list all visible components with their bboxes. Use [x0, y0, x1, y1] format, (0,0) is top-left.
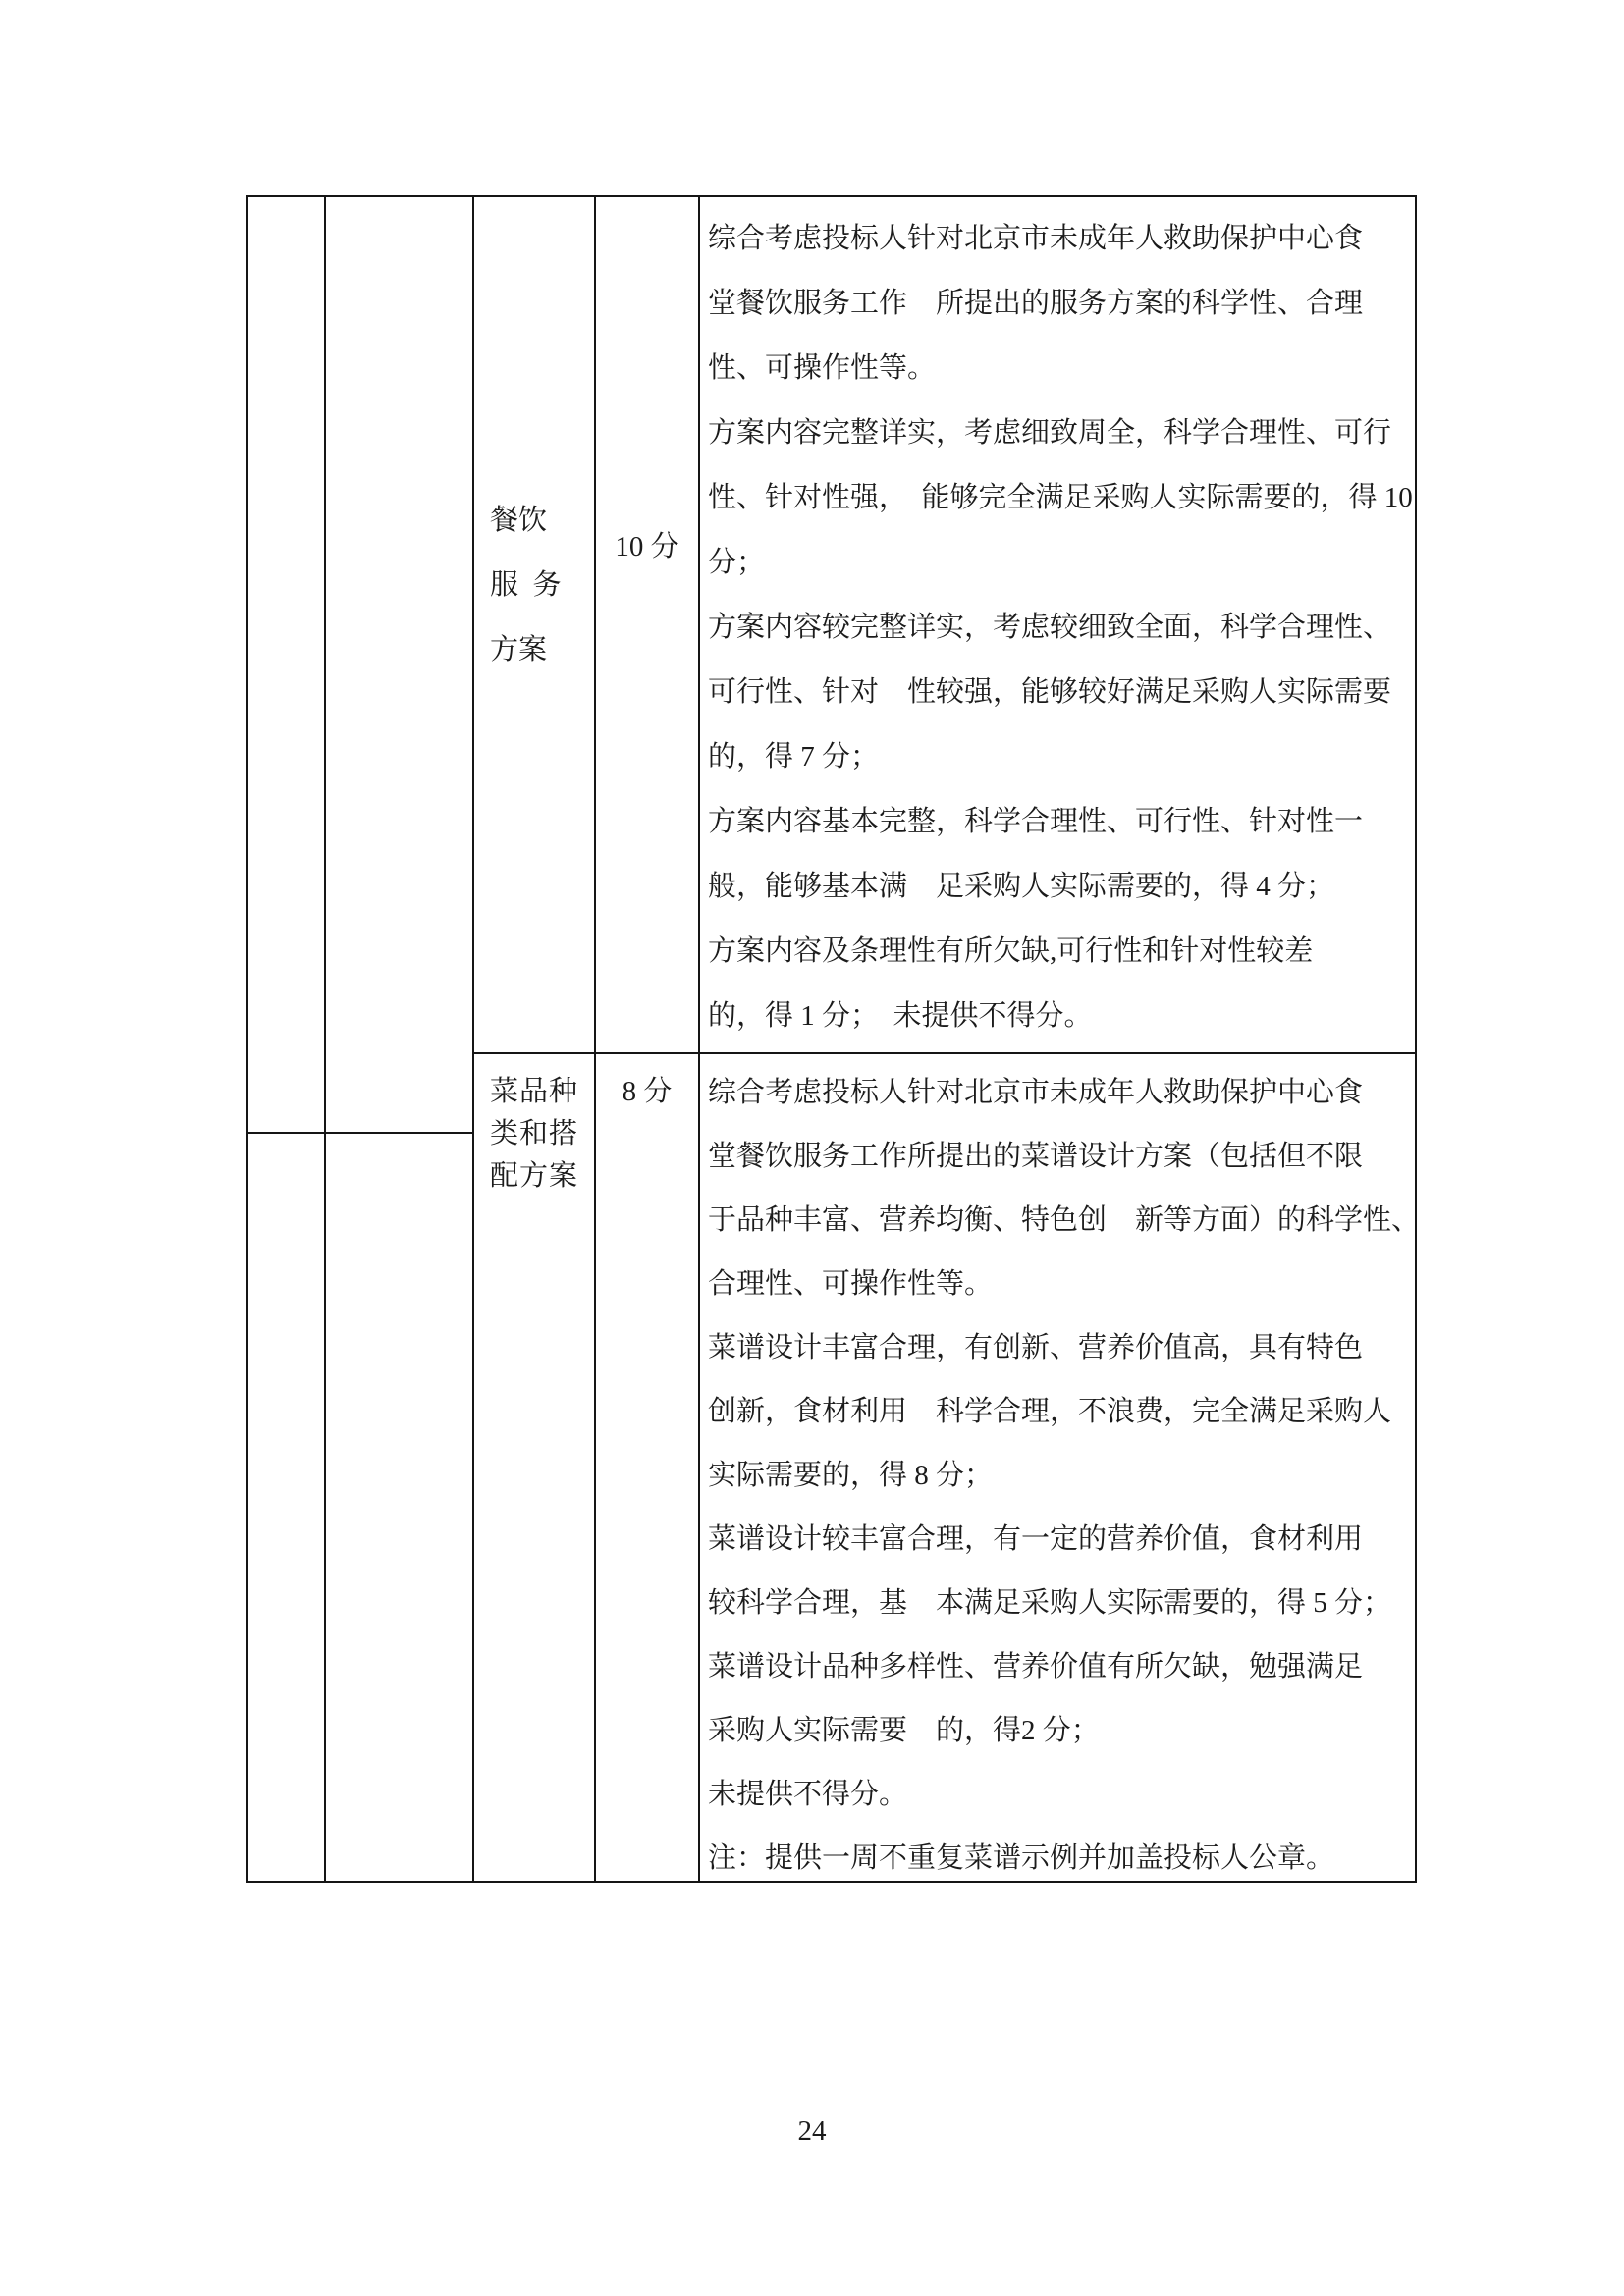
text-line: 菜谱设计丰富合理，有创新、营养价值高，具有特色 [708, 1316, 1411, 1380]
row-divider-left-columns [248, 1132, 474, 1134]
text-line: 方案 [490, 617, 594, 682]
score-cell-dish-variety-plan: 8 分 [596, 1077, 698, 1106]
text-line: 菜品种 [490, 1071, 594, 1113]
text-line: 未提供不得分。 [708, 1763, 1411, 1827]
text-line: 较科学合理，基 本满足采购人实际需要的，得 5 分； [708, 1572, 1411, 1635]
text-line: 般，能够基本满 足采购人实际需要的，得 4 分； [708, 854, 1411, 919]
evaluation-table: 餐饮服 务方案 10 分 综合考虑投标人针对北京市未成年人救助保护中心食堂餐饮服… [246, 195, 1417, 1883]
text-line: 菜谱设计较丰富合理，有一定的营养价值，食材利用 [708, 1508, 1411, 1572]
text-line: 实际需要的，得 8 分； [708, 1444, 1411, 1508]
column-divider-3 [594, 197, 596, 1881]
text-line: 方案内容较完整详实，考虑较细致全面，科学合理性、 [708, 595, 1411, 660]
text-line: 可行性、针对 性较强，能够较好满足采购人实际需要 [708, 660, 1411, 724]
text-line: 方案内容完整详实，考虑细致周全，科学合理性、可行 [708, 400, 1411, 465]
page-number: 24 [0, 2115, 1624, 2147]
criterion-cell-dish-variety-plan: 菜品种类和搭配方案 [474, 1071, 594, 1198]
text-line: 创新，食材利用 科学合理，不浪费，完全满足采购人 [708, 1380, 1411, 1444]
text-line: 餐饮 [490, 488, 594, 553]
text-line: 性、针对性强， 能够完全满足采购人实际需要的，得 10 [708, 465, 1411, 530]
text-line: 注：提供一周不重复菜谱示例并加盖投标人公章。 [708, 1827, 1411, 1883]
score-cell-catering-service-plan: 10 分 [596, 532, 698, 561]
text-line: 采购人实际需要 的，得2 分； [708, 1699, 1411, 1763]
text-line: 菜谱设计品种多样性、营养价值有所欠缺，勉强满足 [708, 1635, 1411, 1699]
criterion-cell-catering-service-plan: 餐饮服 务方案 [474, 488, 594, 682]
text-line: 综合考虑投标人针对北京市未成年人救助保护中心食 [708, 1061, 1411, 1125]
text-line: 堂餐饮服务工作所提出的菜谱设计方案（包括但不限 [708, 1125, 1411, 1189]
text-line: 综合考虑投标人针对北京市未成年人救助保护中心食 [708, 206, 1411, 271]
text-line: 分； [708, 530, 1411, 595]
text-line: 合理性、可操作性等。 [708, 1253, 1411, 1316]
text-line: 方案内容及条理性有所欠缺,可行性和针对性较差 [708, 919, 1411, 984]
column-divider-1 [324, 197, 326, 1881]
text-line: 类和搭 [490, 1113, 594, 1155]
description-cell-dish-variety-plan: 综合考虑投标人针对北京市未成年人救助保护中心食堂餐饮服务工作所提出的菜谱设计方案… [700, 1052, 1415, 1883]
text-line: 的，得 1 分； 未提供不得分。 [708, 984, 1411, 1048]
text-line: 堂餐饮服务工作 所提出的服务方案的科学性、合理 [708, 271, 1411, 336]
text-line: 配方案 [490, 1155, 594, 1198]
description-cell-catering-service-plan: 综合考虑投标人针对北京市未成年人救助保护中心食堂餐饮服务工作 所提出的服务方案的… [700, 197, 1415, 1048]
text-line: 于品种丰富、营养均衡、特色创 新等方面）的科学性、 [708, 1189, 1411, 1253]
text-line: 性、可操作性等。 [708, 336, 1411, 400]
document-page: 餐饮服 务方案 10 分 综合考虑投标人针对北京市未成年人救助保护中心食堂餐饮服… [0, 0, 1624, 2296]
text-line: 的，得 7 分； [708, 724, 1411, 789]
text-line: 方案内容基本完整，科学合理性、可行性、针对性一 [708, 789, 1411, 854]
text-line: 服 务 [490, 553, 594, 617]
column-divider-2 [472, 197, 474, 1881]
